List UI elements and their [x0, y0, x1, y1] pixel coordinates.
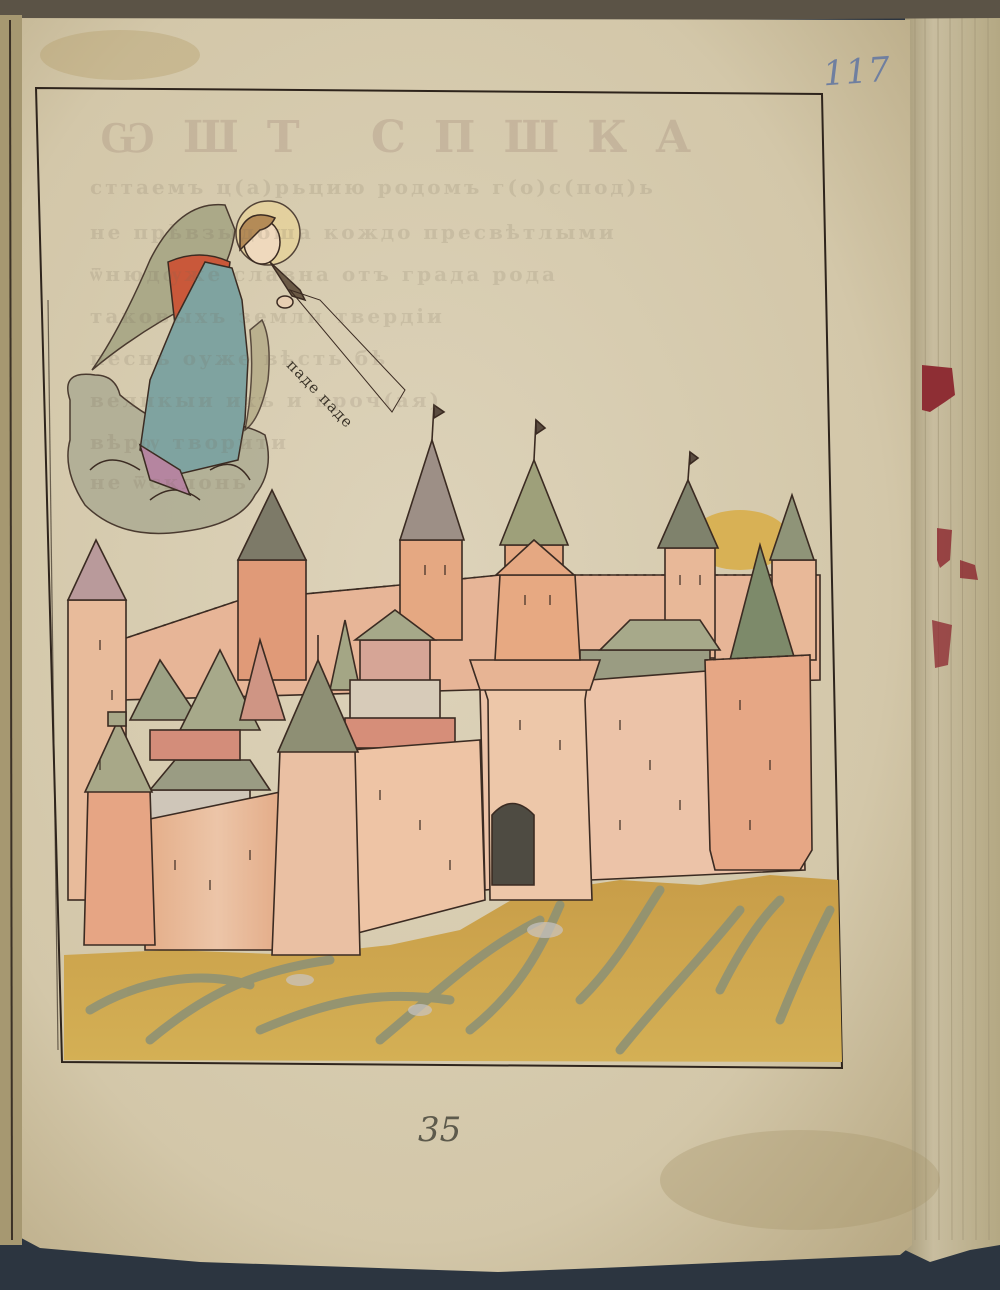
book-fore-edge	[905, 0, 1000, 1262]
bleed-through-line: не ѿсклонь	[90, 470, 249, 495]
bleed-through-line: сттаемъ ц(а)рьцию родомъ г(о)с(под)ь	[90, 175, 656, 199]
bleed-through-line: ѿнюдѹже славна отъ града рода	[90, 262, 558, 287]
page-number: 35	[418, 1110, 461, 1150]
bleed-through-heading: ѠШТ СПШКА	[100, 112, 719, 163]
folio-number: 117	[822, 50, 893, 95]
bleed-through-line: великыи ихъ и проч(ая)	[90, 388, 442, 412]
bleed-through-line: таковыхъ земли твердіи	[90, 304, 445, 328]
bleed-through-line: вѣрѹ творити	[90, 430, 289, 455]
city-gate	[492, 804, 534, 886]
bleed-through-line: не прѣвзыдоша кождо пресвѣтлыми	[90, 220, 617, 244]
bleed-through-line: песнь оуже вѣсть бѣ	[90, 346, 388, 370]
